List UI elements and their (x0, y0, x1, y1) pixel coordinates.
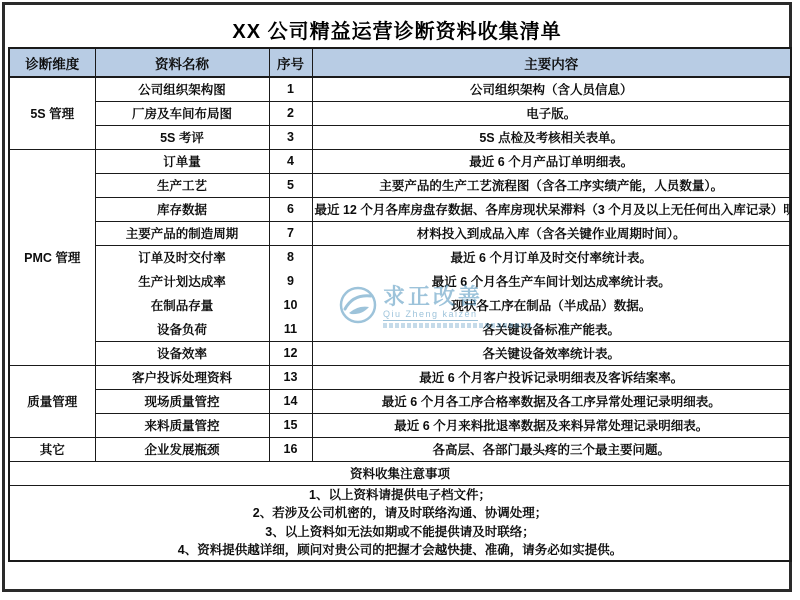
doc-name-cell: 来料质量管控 (95, 413, 269, 437)
table-row: PMC 管理 订单量 4 最近 6 个月产品订单明细表。 (9, 149, 791, 173)
doc-name-cell: 客户投诉处理资料 (95, 365, 269, 389)
content-cell: 公司组织架构（含人员信息） (312, 77, 791, 101)
doc-name-cell: 生产计划达成率 (95, 269, 269, 293)
doc-name-cell: 订单量 (95, 149, 269, 173)
table-row: 生产计划达成率 9 最近 6 个月各生产车间计划达成率统计表。 (9, 269, 791, 293)
note-item: 3、以上资料如无法如期或不能提供请及时联络； (12, 523, 788, 542)
content-cell: 最近 6 个月各工序合格率数据及各工序异常处理记录明细表。 (312, 389, 791, 413)
seq-cell: 12 (269, 341, 312, 365)
content-cell: 电子版。 (312, 101, 791, 125)
doc-name-cell: 5S 考评 (95, 125, 269, 149)
table-row: 5S 管理 公司组织架构图 1 公司组织架构（含人员信息） (9, 77, 791, 101)
content-cell: 各高层、各部门最头疼的三个最主要问题。 (312, 437, 791, 461)
notes-section-title: 资料收集注意事项 (9, 461, 791, 485)
seq-cell: 15 (269, 413, 312, 437)
seq-cell: 4 (269, 149, 312, 173)
seq-cell: 10 (269, 293, 312, 317)
table-row: 来料质量管控 15 最近 6 个月来料批退率数据及来料异常处理记录明细表。 (9, 413, 791, 437)
note-item: 4、资料提供越详细，顾问对贵公司的把握才会越快捷、准确，请务必如实提供。 (12, 541, 788, 560)
content-cell: 材料投入到成品入库（含各关键作业周期时间）。 (312, 221, 791, 245)
group-cell-5s: 5S 管理 (9, 77, 95, 149)
content-cell: 最近 6 个月各生产车间计划达成率统计表。 (312, 269, 791, 293)
content-cell: 最近 6 个月客户投诉记录明细表及客诉结案率。 (312, 365, 791, 389)
notes-cell: 1、以上资料请提供电子档文件； 2、若涉及公司机密的，请及时联络沟通、协调处理；… (9, 485, 791, 561)
seq-cell: 6 (269, 197, 312, 221)
doc-name-cell: 生产工艺 (95, 173, 269, 197)
note-item: 1、以上资料请提供电子档文件； (12, 486, 788, 505)
seq-cell: 8 (269, 245, 312, 269)
seq-cell: 5 (269, 173, 312, 197)
document-page: XX 公司精益运营诊断资料收集清单 诊断维度 资料名称 序号 主要内容 5S 管… (2, 2, 792, 592)
table-row: 在制品存量 10 现状各工序在制品（半成品）数据。 (9, 293, 791, 317)
doc-name-cell: 主要产品的制造周期 (95, 221, 269, 245)
group-cell-quality: 质量管理 (9, 365, 95, 437)
doc-name-cell: 企业发展瓶颈 (95, 437, 269, 461)
content-cell: 最近 6 个月来料批退率数据及来料异常处理记录明细表。 (312, 413, 791, 437)
doc-name-cell: 设备负荷 (95, 317, 269, 341)
content-cell: 5S 点检及考核相关表单。 (312, 125, 791, 149)
table-row: 厂房及车间布局图 2 电子版。 (9, 101, 791, 125)
seq-cell: 13 (269, 365, 312, 389)
seq-cell: 3 (269, 125, 312, 149)
seq-cell: 2 (269, 101, 312, 125)
content-cell: 现状各工序在制品（半成品）数据。 (312, 293, 791, 317)
table-row: 设备负荷 11 各关键设备标准产能表。 (9, 317, 791, 341)
header-row: 诊断维度 资料名称 序号 主要内容 (9, 48, 791, 77)
table-row: 库存数据 6 最近 12 个月各库房盘存数据、各库房现状呆滞料（3 个月及以上无… (9, 197, 791, 221)
content-cell: 最近 6 个月订单及时交付率统计表。 (312, 245, 791, 269)
notes-row: 1、以上资料请提供电子档文件； 2、若涉及公司机密的，请及时联络沟通、协调处理；… (9, 485, 791, 561)
seq-cell: 7 (269, 221, 312, 245)
content-cell: 最近 6 个月产品订单明细表。 (312, 149, 791, 173)
header-name: 资料名称 (95, 48, 269, 77)
header-seq: 序号 (269, 48, 312, 77)
content-cell: 各关键设备效率统计表。 (312, 341, 791, 365)
notes-title-row: 资料收集注意事项 (9, 461, 791, 485)
table-row: 其它 企业发展瓶颈 16 各高层、各部门最头疼的三个最主要问题。 (9, 437, 791, 461)
seq-cell: 16 (269, 437, 312, 461)
seq-cell: 11 (269, 317, 312, 341)
header-dimension: 诊断维度 (9, 48, 95, 77)
doc-name-cell: 厂房及车间布局图 (95, 101, 269, 125)
table-row: 质量管理 客户投诉处理资料 13 最近 6 个月客户投诉记录明细表及客诉结案率。 (9, 365, 791, 389)
note-item: 2、若涉及公司机密的，请及时联络沟通、协调处理； (12, 504, 788, 523)
doc-name-cell: 现场质量管控 (95, 389, 269, 413)
table-row: 设备效率 12 各关键设备效率统计表。 (9, 341, 791, 365)
table-row: 主要产品的制造周期 7 材料投入到成品入库（含各关键作业周期时间）。 (9, 221, 791, 245)
doc-name-cell: 公司组织架构图 (95, 77, 269, 101)
header-content: 主要内容 (312, 48, 791, 77)
doc-name-cell: 订单及时交付率 (95, 245, 269, 269)
doc-name-cell: 设备效率 (95, 341, 269, 365)
doc-name-cell: 库存数据 (95, 197, 269, 221)
seq-cell: 9 (269, 269, 312, 293)
page-title: XX 公司精益运营诊断资料收集清单 (5, 5, 789, 44)
group-cell-pmc: PMC 管理 (9, 149, 95, 365)
content-cell: 各关键设备标准产能表。 (312, 317, 791, 341)
table-row: 现场质量管控 14 最近 6 个月各工序合格率数据及各工序异常处理记录明细表。 (9, 389, 791, 413)
table-row: 生产工艺 5 主要产品的生产工艺流程图（含各工序实绩产能，人员数量）。 (9, 173, 791, 197)
table-row: 订单及时交付率 8 最近 6 个月订单及时交付率统计表。 (9, 245, 791, 269)
collection-checklist-table: 诊断维度 资料名称 序号 主要内容 5S 管理 公司组织架构图 1 公司组织架构… (8, 47, 792, 562)
content-cell: 最近 12 个月各库房盘存数据、各库房现状呆滞料（3 个月及以上无任何出入库记录… (312, 197, 791, 221)
content-cell: 主要产品的生产工艺流程图（含各工序实绩产能，人员数量）。 (312, 173, 791, 197)
doc-name-cell: 在制品存量 (95, 293, 269, 317)
table-row: 5S 考评 3 5S 点检及考核相关表单。 (9, 125, 791, 149)
seq-cell: 14 (269, 389, 312, 413)
seq-cell: 1 (269, 77, 312, 101)
group-cell-other: 其它 (9, 437, 95, 461)
